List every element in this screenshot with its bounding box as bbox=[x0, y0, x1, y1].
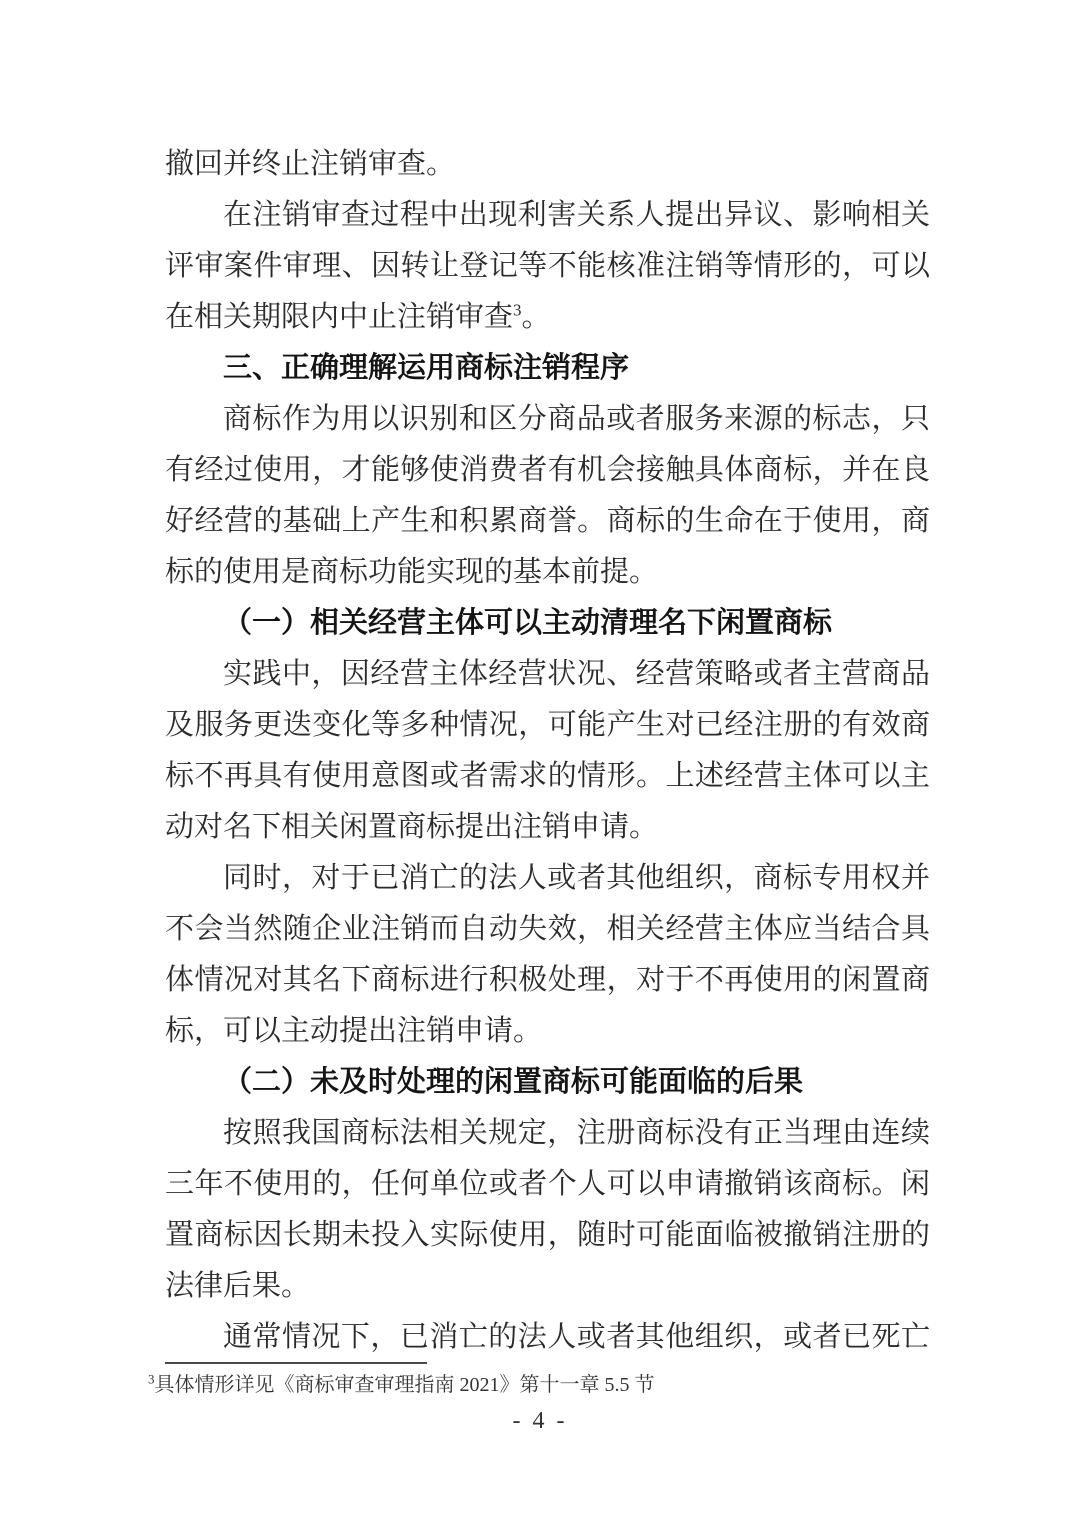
body-line: 在注销审查过程中出现利害关系人提出异议、影响相关 bbox=[165, 190, 930, 241]
subsection-heading-1: （一）相关经营主体可以主动清理名下闲置商标 bbox=[165, 598, 930, 649]
body-text: 。 bbox=[522, 301, 551, 333]
footnote-reference-3: 3 bbox=[513, 300, 522, 319]
body-line: 标，可以主动提出注销申请。 bbox=[165, 1006, 930, 1057]
footnote-separator bbox=[165, 1362, 427, 1364]
body-line: 体情况对其名下商标进行积极处理，对于不再使用的闲置商 bbox=[165, 955, 930, 1006]
footnote: 3具体情形详见《商标审查审理指南 2021》第十一章 5.5 节 bbox=[148, 1371, 848, 1399]
body-line: 评审案件审理、因转让登记等不能核准注销等情形的，可以 bbox=[165, 241, 930, 292]
body-line: 标不再具有使用意图或者需求的情形。上述经营主体可以主 bbox=[165, 751, 930, 802]
body-line-with-footnote-ref: 在相关期限内中止注销审查3。 bbox=[165, 292, 930, 343]
body-line: 三年不使用的，任何单位或者个人可以申请撤销该商标。闲 bbox=[165, 1159, 930, 1210]
body-line: 有经过使用，才能够使消费者有机会接触具体商标，并在良 bbox=[165, 445, 930, 496]
body-line: 法律后果。 bbox=[165, 1261, 930, 1312]
page-number: - 4 - bbox=[0, 1406, 1080, 1436]
document-body: 撤回并终止注销审查。 在注销审查过程中出现利害关系人提出异议、影响相关 评审案件… bbox=[165, 139, 930, 1363]
body-text: 在相关期限内中止注销审查 bbox=[165, 301, 513, 333]
body-line: 及服务更迭变化等多种情况，可能产生对已经注册的有效商 bbox=[165, 700, 930, 751]
section-heading-3: 三、正确理解运用商标注销程序 bbox=[165, 343, 930, 394]
body-line: 实践中，因经营主体经营状况、经营策略或者主营商品 bbox=[165, 649, 930, 700]
footnote-text: 具体情形详见《商标审查审理指南 2021》第十一章 5.5 节 bbox=[155, 1374, 655, 1396]
body-line: 通常情况下，已消亡的法人或者其他组织，或者已死亡 bbox=[165, 1312, 930, 1363]
body-line: 商标作为用以识别和区分商品或者服务来源的标志，只 bbox=[165, 394, 930, 445]
body-line: 不会当然随企业注销而自动失效，相关经营主体应当结合具 bbox=[165, 904, 930, 955]
body-line: 按照我国商标法相关规定，注册商标没有正当理由连续 bbox=[165, 1108, 930, 1159]
document-page: 撤回并终止注销审查。 在注销审查过程中出现利害关系人提出异议、影响相关 评审案件… bbox=[0, 0, 1080, 1527]
body-line: 标的使用是商标功能实现的基本前提。 bbox=[165, 547, 930, 598]
body-line: 撤回并终止注销审查。 bbox=[165, 139, 930, 190]
subsection-heading-2: （二）未及时处理的闲置商标可能面临的后果 bbox=[165, 1057, 930, 1108]
body-line: 动对名下相关闲置商标提出注销申请。 bbox=[165, 802, 930, 853]
body-line: 置商标因长期未投入实际使用，随时可能面临被撤销注册的 bbox=[165, 1210, 930, 1261]
body-line: 同时，对于已消亡的法人或者其他组织，商标专用权并 bbox=[165, 853, 930, 904]
body-line: 好经营的基础上产生和积累商誉。商标的生命在于使用，商 bbox=[165, 496, 930, 547]
